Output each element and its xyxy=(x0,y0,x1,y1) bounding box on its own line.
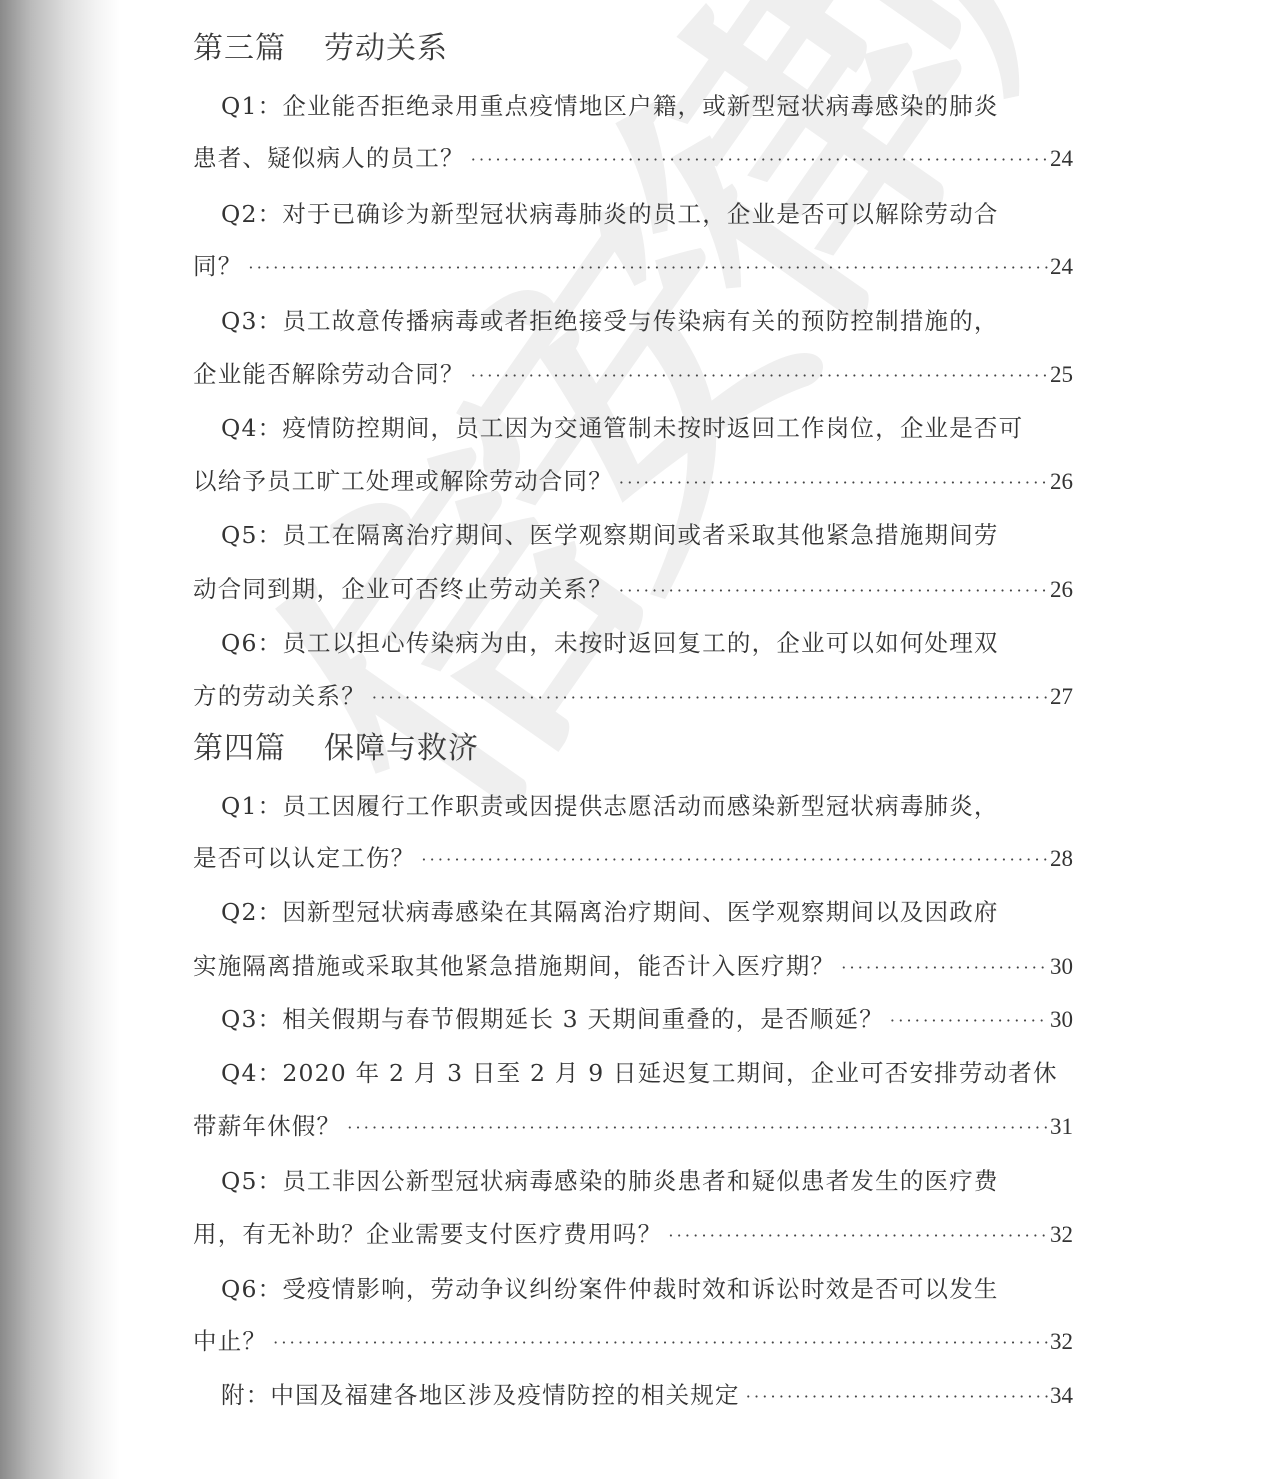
dot-leader xyxy=(347,1110,1048,1144)
page-number: 34 xyxy=(1050,1378,1085,1413)
toc-entry-s4-q5-line1[interactable]: Q5：员工非因公新型冠状病毒感染的肺炎患者和疑似患者发生的医疗费 xyxy=(193,1163,1085,1199)
page-number: 24 xyxy=(1050,141,1085,176)
entry-text: Q5：员工非因公新型冠状病毒感染的肺炎患者和疑似患者发生的医疗费 xyxy=(221,1167,999,1195)
entry-text: 以给予员工旷工处理或解除劳动合同？ xyxy=(193,463,613,499)
section-title: 劳动关系 xyxy=(324,27,448,71)
page-number: 26 xyxy=(1050,464,1085,499)
dot-leader xyxy=(619,573,1048,607)
dot-leader xyxy=(471,358,1048,392)
toc-entry-s3-q4-line1[interactable]: Q4：疫情防控期间，员工因为交通管制未按时返回工作岗位，企业是否可 xyxy=(193,410,1085,446)
dot-leader xyxy=(372,680,1048,714)
dot-leader xyxy=(421,842,1048,876)
entry-text: Q2：因新型冠状病毒感染在其隔离治疗期间、医学观察期间以及因政府 xyxy=(221,898,999,926)
toc-entry-s3-q3-line1[interactable]: Q3：员工故意传播病毒或者拒绝接受与传染病有关的预防控制措施的， xyxy=(193,303,1085,339)
dot-leader xyxy=(746,1379,1048,1413)
section-title: 保障与救济 xyxy=(324,727,479,771)
section-number: 第三篇 xyxy=(193,27,286,71)
entry-text: 中止？ xyxy=(193,1323,267,1359)
entry-text: 带薪年休假？ xyxy=(193,1108,341,1144)
page-number: 25 xyxy=(1050,357,1085,392)
page-number: 30 xyxy=(1050,949,1085,984)
toc-entry-s3-q6-line2[interactable]: 方的劳动关系？27 xyxy=(193,678,1085,714)
dot-leader xyxy=(619,465,1048,499)
toc-entry-s4-q1-line2[interactable]: 是否可以认定工伤？28 xyxy=(193,840,1085,876)
toc-entry-s4-q2-line1[interactable]: Q2：因新型冠状病毒感染在其隔离治疗期间、医学观察期间以及因政府 xyxy=(193,894,1085,930)
page-number: 31 xyxy=(1050,1109,1085,1144)
page-number: 24 xyxy=(1050,249,1085,284)
page-number: 32 xyxy=(1050,1324,1085,1359)
entry-text: Q3：相关假期与春节假期延长 3 天期间重叠的，是否顺延？ xyxy=(221,1001,884,1037)
dot-leader xyxy=(890,1003,1048,1037)
toc-entry-s4-q3[interactable]: Q3：相关假期与春节假期延长 3 天期间重叠的，是否顺延？30 xyxy=(193,1001,1085,1037)
toc-entry-s4-q2-line2[interactable]: 实施隔离措施或采取其他紧急措施期间，能否计入医疗期？30 xyxy=(193,948,1085,984)
toc-entry-s3-q1-line2[interactable]: 患者、疑似病人的员工？24 xyxy=(193,140,1085,176)
toc-entry-s3-q2-line1[interactable]: Q2：对于已确诊为新型冠状病毒肺炎的员工，企业是否可以解除劳动合 xyxy=(193,196,1085,232)
toc-entry-appendix[interactable]: 附：中国及福建各地区涉及疫情防控的相关规定34 xyxy=(193,1377,1085,1413)
toc-entry-s3-q3-line2[interactable]: 企业能否解除劳动合同？25 xyxy=(193,356,1085,392)
entry-text: 方的劳动关系？ xyxy=(193,678,366,714)
toc-entry-s4-q1-line1[interactable]: Q1：员工因履行工作职责或因提供志愿活动而感染新型冠状病毒肺炎， xyxy=(193,788,1085,824)
entry-text: Q1：企业能否拒绝录用重点疫情地区户籍，或新型冠状病毒感染的肺炎 xyxy=(221,92,999,120)
entry-text: 患者、疑似病人的员工？ xyxy=(193,140,465,176)
toc-entry-s4-q6-line2[interactable]: 中止？32 xyxy=(193,1323,1085,1359)
toc-entry-s4-q5-line2[interactable]: 用，有无补助？企业需要支付医疗费用吗？32 xyxy=(193,1216,1085,1252)
entry-text: 同？ xyxy=(193,248,242,284)
toc-entry-s3-q4-line2[interactable]: 以给予员工旷工处理或解除劳动合同？26 xyxy=(193,463,1085,499)
toc-entry-s3-q1-line1[interactable]: Q1：企业能否拒绝录用重点疫情地区户籍，或新型冠状病毒感染的肺炎 xyxy=(193,88,1085,124)
entry-text: 动合同到期，企业可否终止劳动关系？ xyxy=(193,571,613,607)
entry-text: Q2：对于已确诊为新型冠状病毒肺炎的员工，企业是否可以解除劳动合 xyxy=(221,200,999,228)
page-number: 26 xyxy=(1050,572,1085,607)
entry-text: 附：中国及福建各地区涉及疫情防控的相关规定 xyxy=(221,1377,740,1413)
entry-text: Q5：员工在隔离治疗期间、医学观察期间或者采取其他紧急措施期间劳 xyxy=(221,521,999,549)
entry-text: 用，有无补助？企业需要支付医疗费用吗？ xyxy=(193,1216,662,1252)
entry-text: Q6：员工以担心传染病为由，未按时返回复工的，企业可以如何处理双 xyxy=(221,629,999,657)
dot-leader xyxy=(841,950,1048,984)
section-heading-4[interactable]: 第四篇保障与救济 xyxy=(193,727,479,771)
page-number: 28 xyxy=(1050,841,1085,876)
entry-text: Q6：受疫情影响，劳动争议纠纷案件仲裁时效和诉讼时效是否可以发生 xyxy=(221,1275,999,1303)
page-edge-shadow xyxy=(0,0,120,1479)
section-heading-3[interactable]: 第三篇劳动关系 xyxy=(193,27,448,71)
entry-text: 实施隔离措施或采取其他紧急措施期间，能否计入医疗期？ xyxy=(193,948,835,984)
entry-text: Q1：员工因履行工作职责或因提供志愿活动而感染新型冠状病毒肺炎， xyxy=(221,792,999,820)
page-number: 30 xyxy=(1050,1002,1085,1037)
page-number: 27 xyxy=(1050,679,1085,714)
toc-entry-s4-q4-line1[interactable]: Q4：2020 年 2 月 3 日至 2 月 9 日延迟复工期间，企业可否安排劳… xyxy=(193,1055,1085,1091)
toc-entry-s3-q6-line1[interactable]: Q6：员工以担心传染病为由，未按时返回复工的，企业可以如何处理双 xyxy=(193,625,1085,661)
page-number: 32 xyxy=(1050,1217,1085,1252)
toc-entry-s3-q2-line2[interactable]: 同？24 xyxy=(193,248,1085,284)
entry-text: 是否可以认定工伤？ xyxy=(193,840,415,876)
toc-entry-s3-q5-line2[interactable]: 动合同到期，企业可否终止劳动关系？26 xyxy=(193,571,1085,607)
dot-leader xyxy=(668,1218,1048,1252)
entry-text: Q4：2020 年 2 月 3 日至 2 月 9 日延迟复工期间，企业可否安排劳… xyxy=(221,1059,1058,1087)
entry-text: 企业能否解除劳动合同？ xyxy=(193,356,465,392)
entry-text: Q3：员工故意传播病毒或者拒绝接受与传染病有关的预防控制措施的， xyxy=(221,307,999,335)
toc-entry-s3-q5-line1[interactable]: Q5：员工在隔离治疗期间、医学观察期间或者采取其他紧急措施期间劳 xyxy=(193,517,1085,553)
dot-leader xyxy=(471,142,1048,176)
toc-entry-s4-q6-line1[interactable]: Q6：受疫情影响，劳动争议纠纷案件仲裁时效和诉讼时效是否可以发生 xyxy=(193,1271,1085,1307)
section-number: 第四篇 xyxy=(193,727,286,771)
dot-leader xyxy=(248,250,1048,284)
dot-leader xyxy=(273,1325,1048,1359)
entry-text: Q4：疫情防控期间，员工因为交通管制未按时返回工作岗位，企业是否可 xyxy=(221,414,1023,442)
toc-entry-s4-q4-line2[interactable]: 带薪年休假？31 xyxy=(193,1108,1085,1144)
